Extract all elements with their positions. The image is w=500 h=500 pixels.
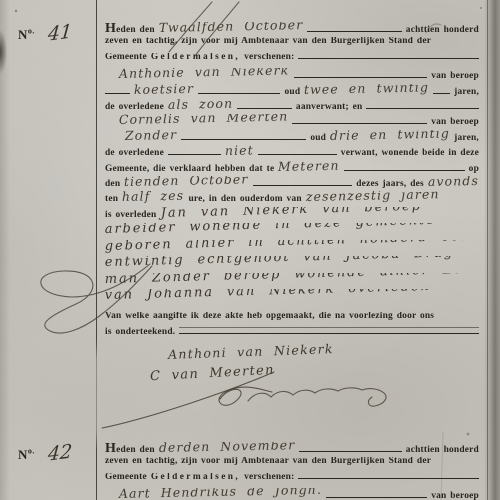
printed-text: verschenen: [244, 53, 294, 62]
record42-line-3: Gemeente Geldermalsen, verschenen: [105, 473, 479, 488]
printed-text: achttien honderd [406, 446, 479, 455]
closing-rule [179, 327, 479, 334]
page-right-edge [484, 0, 500, 500]
ink-speck [467, 433, 470, 436]
number-label: No. [18, 27, 35, 42]
record41-line-20: is onderteekend. [105, 327, 479, 342]
filler-rule [307, 28, 402, 32]
handwritten-text: van Johanna van Niekerk overleden [105, 289, 431, 302]
printed-text: de overledene [105, 103, 164, 112]
filler-rule [344, 167, 465, 171]
filler-rule [433, 90, 450, 94]
handwritten-occupation: Zonder [125, 130, 178, 143]
handwritten-place: Meteren [278, 161, 340, 174]
handwritten-age: drie en twintig [330, 130, 450, 143]
printed-text: zeven en tachtig, zijn voor mij Ambtenaa… [105, 37, 431, 46]
filler-rule [105, 90, 130, 94]
handwritten-text: geboren alhier in achttien honderd een [105, 240, 471, 253]
record-41-body: Heden den Twaalfden October achttien hon… [105, 22, 479, 342]
record41-line-18: van Johanna van Niekerk overleden [105, 289, 479, 306]
record41-line-14: arbeider wonende in deze gemeente [105, 223, 479, 240]
handwritten-word: avonds [428, 176, 479, 189]
printed-text: Van welke aangifte ik deze akte heb opge… [105, 312, 434, 321]
printed-text: Heden den [105, 22, 155, 36]
filler-rule [326, 494, 427, 498]
record-41-number-value: 41 [47, 20, 73, 45]
filler-rule [294, 74, 428, 78]
handwritten-text: entwintig echtgenoot van Jacoba Brug- [105, 256, 461, 269]
printed-text: de overledene [105, 149, 164, 158]
record41-line-16: entwintig echtgenoot van Jacoba Brug- [105, 256, 479, 273]
handwritten-name: Cornelis van Meerten [119, 114, 289, 127]
record41-line-12: ten half zes ure, in den ouderdom van ze… [105, 191, 479, 206]
number-label: No. [18, 447, 35, 462]
printed-text: oud [310, 134, 326, 143]
signature-anthoni-van-niekerk: Anthoni van Niekerk [168, 341, 334, 362]
printed-text-spaced: Geldermalsen, [151, 473, 240, 482]
left-edge-shade [0, 0, 10, 500]
record-41-number: No.41 [18, 22, 72, 44]
printed-text: is overleden [105, 211, 157, 220]
record41-line-6: de overledene als zoon aanverwant; en [105, 99, 479, 114]
record41-line-3: Gemeente Geldermalsen, verschenen: [105, 53, 479, 68]
signature-c-van-meerten: C van Meerten [150, 363, 275, 385]
handwritten-date: Twaalfden October [159, 22, 304, 35]
record41-line-5: koetsier oud twee en twintig jaren, [105, 84, 479, 99]
printed-text: aanverwant; en [296, 103, 363, 112]
record41-line-1: Heden den Twaalfden October achttien hon… [105, 22, 479, 37]
filler-rule [181, 136, 306, 140]
record41-line-9: de overledene niet verwant, wonende beid… [105, 145, 479, 160]
printed-text: ure, in den ouderdom van [188, 195, 301, 204]
number-sup: o. [28, 27, 35, 36]
printed-text-spaced: Geldermalsen, [151, 53, 240, 62]
handwritten-age: twee en twintig [304, 84, 429, 97]
signature-flourish-loops [219, 387, 272, 405]
record41-line-7: Cornelis van Meerten van beroep [105, 114, 479, 129]
filler-rule [253, 182, 352, 186]
handwritten-time: half zes [122, 191, 185, 204]
printed-text: Gemeente, die verklaard hebben dat te [105, 165, 274, 174]
printed-text: is onderteekend. [105, 328, 175, 337]
ink-smudge [0, 30, 7, 74]
printed-text: Gemeente [105, 473, 147, 482]
printed-text: achttien honderd [406, 26, 479, 35]
number-n: N [18, 27, 28, 42]
printed-text: zeven en tachtig, zijn voor mij Ambtenaa… [105, 457, 431, 466]
handwritten-deceased-name: Jan van Niekerk van beroep [160, 207, 421, 220]
ink-speck [480, 7, 482, 9]
record-42-body: Heden den derden November achttien honde… [105, 442, 479, 500]
record41-line-10: Gemeente, die verklaard hebben dat te Me… [105, 161, 479, 176]
record42-line-4: Aart Hendrikus de Jongh. van beroep [105, 488, 479, 500]
handwritten-age: zesenzestig jaren [306, 191, 440, 204]
record42-line-2: zeven en tachtig, zijn voor mij Ambtenaa… [105, 457, 479, 472]
handwritten-word: niet [225, 145, 254, 158]
record41-line-19: Van welke aangifte ik deze akte heb opge… [105, 312, 479, 327]
record-42-number-value: 42 [47, 440, 73, 465]
printed-text: den [105, 180, 120, 189]
record41-line-2: zeven en tachtig, zijn voor mij Ambtenaa… [105, 37, 479, 52]
handwritten-name: Anthonie van Niekerk [119, 68, 290, 81]
printed-text: ten [105, 195, 118, 204]
filler-rule [298, 475, 479, 479]
printed-text: jaren, [454, 134, 479, 143]
printed-text: verschenen: [244, 473, 294, 482]
filler-rule [258, 151, 337, 155]
handwritten-date: derden November [159, 442, 296, 455]
printed-text: verwant, wonende beide in deze [341, 149, 479, 158]
printed-text: dezes jaars, des [356, 180, 424, 189]
handwritten-text: man Zonder beroep wonende alhier Zoon [105, 273, 479, 286]
handwritten-relation: als zoon [168, 99, 234, 112]
printed-text: jaren, [454, 88, 479, 97]
record41-line-17: man Zonder beroep wonende alhier Zoon [105, 273, 479, 290]
record41-line-8: Zonder oud drie en twintig jaren, [105, 130, 479, 145]
printed-text: van beroep [431, 118, 479, 127]
record41-line-11: den tienden October dezes jaars, des avo… [105, 176, 479, 191]
handwritten-name: Aart Hendrikus de Jongh. [119, 488, 322, 500]
filler-rule [168, 151, 221, 155]
handwritten-date: tienden October [124, 176, 249, 189]
filler-rule [292, 120, 427, 124]
page-edge-line [487, 0, 488, 500]
filler-rule [198, 90, 281, 94]
record41-line-15: geboren alhier in achttien honderd een [105, 240, 479, 257]
printed-text: Gemeente [105, 53, 147, 62]
number-sup: o. [28, 447, 35, 456]
printed-text: oud [284, 88, 300, 97]
record42-line-1: Heden den derden November achttien honde… [105, 442, 479, 457]
record-42-number: No.42 [18, 442, 72, 464]
register-page: No.41 Heden den Twaalfden October achtti… [0, 0, 500, 500]
printed-text: op [469, 165, 479, 174]
record41-line-13: is overleden Jan van Niekerk van beroep [105, 207, 479, 224]
record41-line-4: Anthonie van Niekerk van beroep [105, 68, 479, 83]
printed-text: van beroep [431, 492, 479, 500]
filler-rule [298, 55, 479, 59]
printed-text: Heden den [105, 442, 155, 456]
filler-rule [299, 448, 402, 452]
registrar-signature-flourish [248, 388, 386, 406]
handwritten-occupation: koetsier [133, 84, 193, 97]
margin-rule [96, 0, 97, 500]
printed-text: van beroep [431, 72, 479, 81]
filler-rule [237, 105, 292, 109]
number-n: N [18, 447, 28, 462]
filler-rule [366, 105, 479, 109]
handwritten-text: arbeider wonende in deze gemeente [105, 223, 436, 236]
ink-speck [15, 10, 17, 12]
